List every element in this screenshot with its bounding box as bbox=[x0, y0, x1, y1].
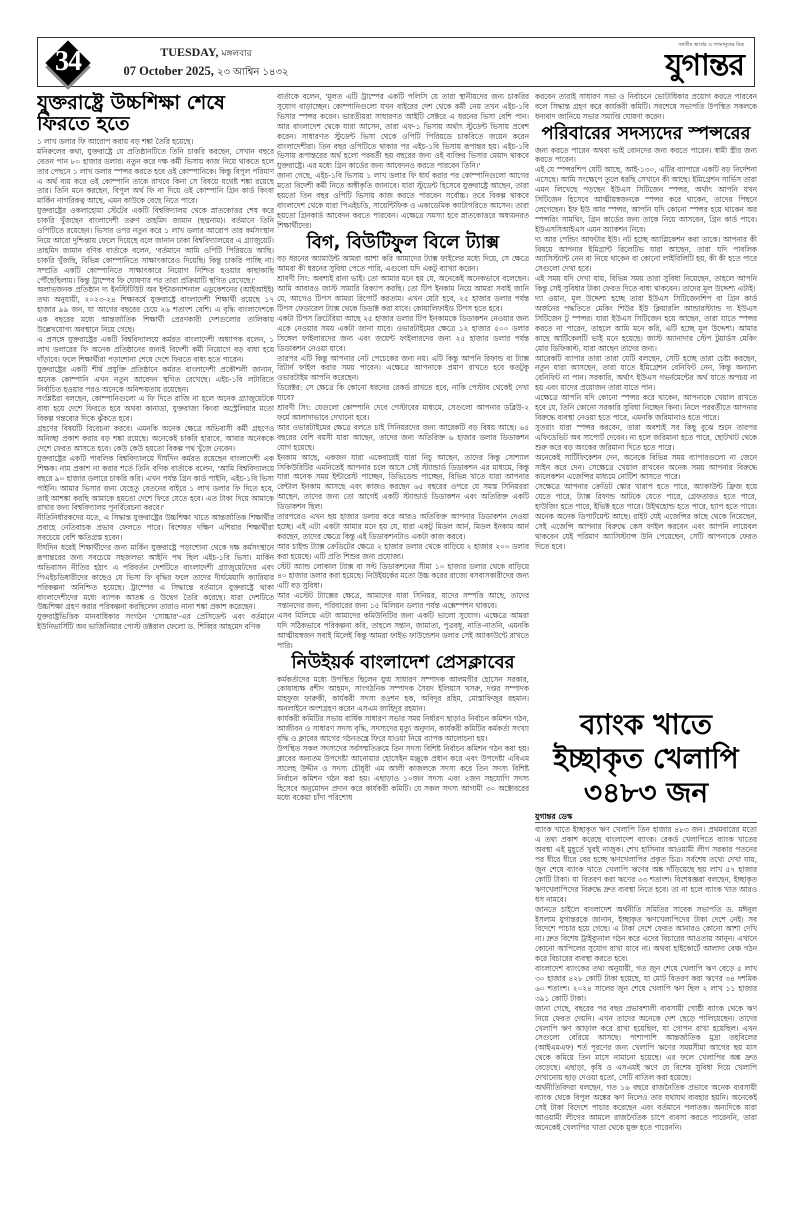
masthead: জাতীয় স্বার্থের ও গণমানুষের মিত্র যুগান… bbox=[594, 42, 744, 84]
paragraph: ইনকাম আছে, একজন যারা একেবারেই যারা নিচু … bbox=[277, 453, 529, 512]
paragraph: জানতে চাইলে বাংলাদেশ অর্থনীতি সমিতির সাব… bbox=[535, 905, 757, 964]
paragraph: জানা গেছে, বছরের পর বছর প্রভাবশালী ব্যবস… bbox=[535, 1004, 757, 1083]
paragraph: কার্যকরী কমিটির সভায় বার্ষিক সাধারণ সভা… bbox=[277, 714, 529, 744]
article-ny-press-club-continued: করবেন তারাই সাধারণ সভা ও নির্বাচনে ভোটাধ… bbox=[535, 92, 757, 122]
paragraph: বার্তাকে বলেন, 'মূলত এটি ট্রাম্পের একটি … bbox=[277, 92, 529, 171]
headline-family-sponsor: পরিবারের সদস্যদের স্পন্সরের bbox=[535, 124, 757, 144]
column-2: বার্তাকে বলেন, 'মূলত এটি ট্রাম্পের একটি … bbox=[277, 92, 529, 1200]
paragraph: যুক্তরাষ্ট্রের একটি শীর্ষ প্রযুক্তি প্রত… bbox=[37, 365, 274, 395]
headline-bank-defaulters: ব্যাংক খাতে ইচ্ছাকৃত খেলাপি ৩৪৮৩ জন bbox=[535, 708, 757, 810]
paragraph: উপস্থিত সকল সদস্যদের সর্বসম্মতিক্রমে তিন… bbox=[277, 744, 529, 803]
masthead-logo: যুগান্তর bbox=[594, 49, 744, 83]
column-3: করবেন তারাই সাধারণ সভা ও নির্বাচনে ভোটাধ… bbox=[535, 92, 757, 1200]
paragraph: সংশ্লিষ্টরা বলছেন, কোম্পানিগুলো এ ফি দিত… bbox=[37, 394, 274, 424]
paragraph: নীতিনির্ধারকদের মতে, এ সিদ্ধান্ত যুক্তরা… bbox=[37, 513, 274, 543]
paragraph: অনেক অনেক ডিপার্টমেন্ট আছে। রাইট যেই এজে… bbox=[535, 512, 757, 552]
paragraph: তাহমিদ জামান বণিক বার্তাকে বলেন, 'বর্তমা… bbox=[37, 246, 274, 286]
headline-ny-press-club: নিউইয়র্ক বাংলাদেশ প্রেসক্লাবের bbox=[277, 653, 529, 673]
paragraph: স্টেট অ্যান্ড লোকাল ট্যাক্স বা সল্ট ডিডা… bbox=[277, 562, 529, 592]
paragraph: এই যে স্পন্সরশিপ যেটি আছে, আই-১৩০, এটির … bbox=[535, 165, 757, 234]
paragraph: জানা গেছে, এইচ-১বি ভিসায় ১ লাখ ডলার ফি … bbox=[277, 171, 529, 230]
paragraph: আরেকটি ব্যাপার তারা তারা যেটি বলছেন, সেট… bbox=[535, 354, 757, 394]
paragraph: দ্য আর পেন্ডিং আফটার ইউ। নট হচ্ছে অ্যাপ্… bbox=[535, 235, 757, 275]
headline-us-higher-ed: যুক্তরাষ্ট্রে উচ্চশিক্ষা শেষে ফিরতে হতে bbox=[37, 92, 274, 135]
article-family-sponsor: জন্য করতে পারেন অথবা ভাই বোনদের জন্য করত… bbox=[535, 146, 757, 706]
paragraph: সেক্ষেত্রে আপনার ক্রেডিট স্কোর খারাপ হতে… bbox=[535, 482, 757, 512]
dateline: TUESDAY, মঙ্গলবার 07 October 2025, ২৩ আশ… bbox=[106, 44, 306, 82]
paragraph: সুতরাং যারা স্পন্সর করবেন, তারা অবশ্যই স… bbox=[535, 423, 757, 453]
paragraph: ডিরেক্টর: সে ক্ষেত্রে কি কোনো ধরনের রেকর… bbox=[277, 383, 529, 403]
page-header: 34 TUESDAY, মঙ্গলবার 07 October 2025, ২৩… bbox=[37, 37, 755, 87]
date-en: 07 October 2025, bbox=[123, 64, 213, 78]
paragraph: দীর্ঘদিন ধরেই শিক্ষার্থীদের জন্য মার্কিন… bbox=[37, 543, 274, 612]
page-number-badge: 34 bbox=[46, 41, 90, 85]
paragraph: দ্যা ওয়ান, মূল উদ্দেশ্য হচ্ছে তারা ইউএস… bbox=[535, 294, 757, 353]
article-us-higher-ed: ১ লাখ ডলার ফি আরোপ করায় বড় শঙ্কা তৈরি … bbox=[37, 137, 274, 632]
headline-big-beautiful-bill: বিগ, বিউটিফুল বিলে ট্যাক্স bbox=[277, 233, 529, 253]
paragraph: যুক্তরাষ্ট্রের ওকলাহোমা স্টেটের একটি বিশ… bbox=[37, 206, 274, 246]
paragraph: এসব মিলিয়ে এটা আমাদের কমিউনিটির জন্য এক… bbox=[277, 611, 529, 651]
paragraph: বড় ধরনের অ্যামাউন্ট আমরা আশা করি আমাদের… bbox=[277, 254, 529, 274]
article-ny-press-club: কর্মকর্তাদের মধ্যে উপস্থিত ছিলেন যুগ্ম স… bbox=[277, 675, 529, 804]
paragraph: গ্রহণের বিষয়টি বিবেচনা করবে। এমনকি অনেক… bbox=[37, 424, 274, 454]
paragraph: এক্ষেত্রে আপনি যদি কোনো স্পন্সর করে থাকে… bbox=[535, 393, 757, 423]
day-en: TUESDAY, bbox=[160, 45, 218, 59]
paragraph: আর চাইল্ড ট্যাক্স ক্রেডিটের ক্ষেত্রে ২ হ… bbox=[277, 542, 529, 562]
byline: যুগান্তর ডেস্ক bbox=[535, 812, 757, 824]
paragraph: মনিরুলের কথা, যুক্তরাষ্ট্রে যে প্রতিষ্ঠা… bbox=[37, 147, 274, 206]
paragraph: ১ লাখ ডলার ফি আরোপ করায় বড় শঙ্কা তৈরি … bbox=[37, 137, 274, 147]
article-bank-defaulters: ব্যাংক খাতে ইচ্ছাকৃত ঋণ খেলাপি তিন হাজার… bbox=[535, 825, 757, 1132]
paragraph: যুক্তরাষ্ট্রভিত্তিক মানবাধিকার সংগঠন 'সো… bbox=[37, 612, 274, 632]
paragraph: অর্থনীতিবিদরা বলছেন, গত ১৬ বছরে রাজনৈতিক… bbox=[535, 1083, 757, 1133]
article-big-beautiful-bill: বড় ধরনের অ্যামাউন্ট আমরা আশা করি আমাদের… bbox=[277, 254, 529, 650]
paragraph: তারপর এটি কিন্তু আপনার নেট পেচেকের জন্য … bbox=[277, 354, 529, 384]
paragraph: ব্যাংক খাতে ইচ্ছাকৃত ঋণ খেলাপি তিন হাজার… bbox=[535, 825, 757, 904]
paragraph: শ্রাবণী সিং: অবশ্যই রানা ভাই। তো আমার মন… bbox=[277, 274, 529, 314]
paragraph: করবেন তারাই সাধারণ সভা ও নির্বাচনে ভোটাধ… bbox=[535, 92, 757, 122]
paragraph: এই সময় যদি দেখা যায়, বিভিন্ন সময় তারা… bbox=[535, 274, 757, 294]
article-us-higher-ed-continued: বার্তাকে বলেন, 'মূলত এটি ট্রাম্পের একটি … bbox=[277, 92, 529, 231]
paragraph: অলাভজনক প্রতিষ্ঠান দ্য ইনস্টিটিউট অব ইন্… bbox=[37, 285, 274, 335]
paragraph: একটা টিপস ক্রিটেরিয়া আছে ২৫ হাজার ডলার … bbox=[277, 314, 529, 354]
date-bn: ২৩ আশ্বিন ১৪৩২ bbox=[217, 67, 289, 78]
paragraph: আর এস্টেট ট্যাক্সের ক্ষেত্রে, আমাদের যার… bbox=[277, 591, 529, 611]
paragraph: অনেকেই সার্টিফিকেশন দেন, অনেকে বিভিন্ন স… bbox=[535, 453, 757, 483]
paragraph: শ্রাবণী সিং: যেগুলো কোম্পানি দেবে পেস্টা… bbox=[277, 403, 529, 423]
paragraph: জন্য করতে পারেন অথবা ভাই বোনদের জন্য করত… bbox=[535, 146, 757, 166]
paragraph: বাংলাদেশ ব্যাংকের তথ্য অনুযায়ী, গত জুন … bbox=[535, 964, 757, 1004]
paragraph: আর ওভারটাইমের ক্ষেত্রে বলতে চাই সিনিয়রদ… bbox=[277, 423, 529, 453]
paragraph: কর্মকর্তাদের মধ্যে উপস্থিত ছিলেন যুগ্ম স… bbox=[277, 675, 529, 715]
paragraph: যুক্তরাষ্ট্রের একটি পাবলিক বিশ্ববিদ্যালয… bbox=[37, 454, 274, 513]
paragraph: তারপরেও এখন ছয় হাজার ডলার করে আরও অতিরি… bbox=[277, 512, 529, 542]
day-bn: মঙ্গলবার bbox=[221, 49, 251, 59]
page-number: 34 bbox=[46, 46, 90, 78]
paragraph: এ প্রসঙ্গে যুক্তরাষ্ট্রের একটি বিশ্ববিদ্… bbox=[37, 335, 274, 365]
column-1: যুক্তরাষ্ট্রে উচ্চশিক্ষা শেষে ফিরতে হতে … bbox=[37, 92, 274, 1200]
